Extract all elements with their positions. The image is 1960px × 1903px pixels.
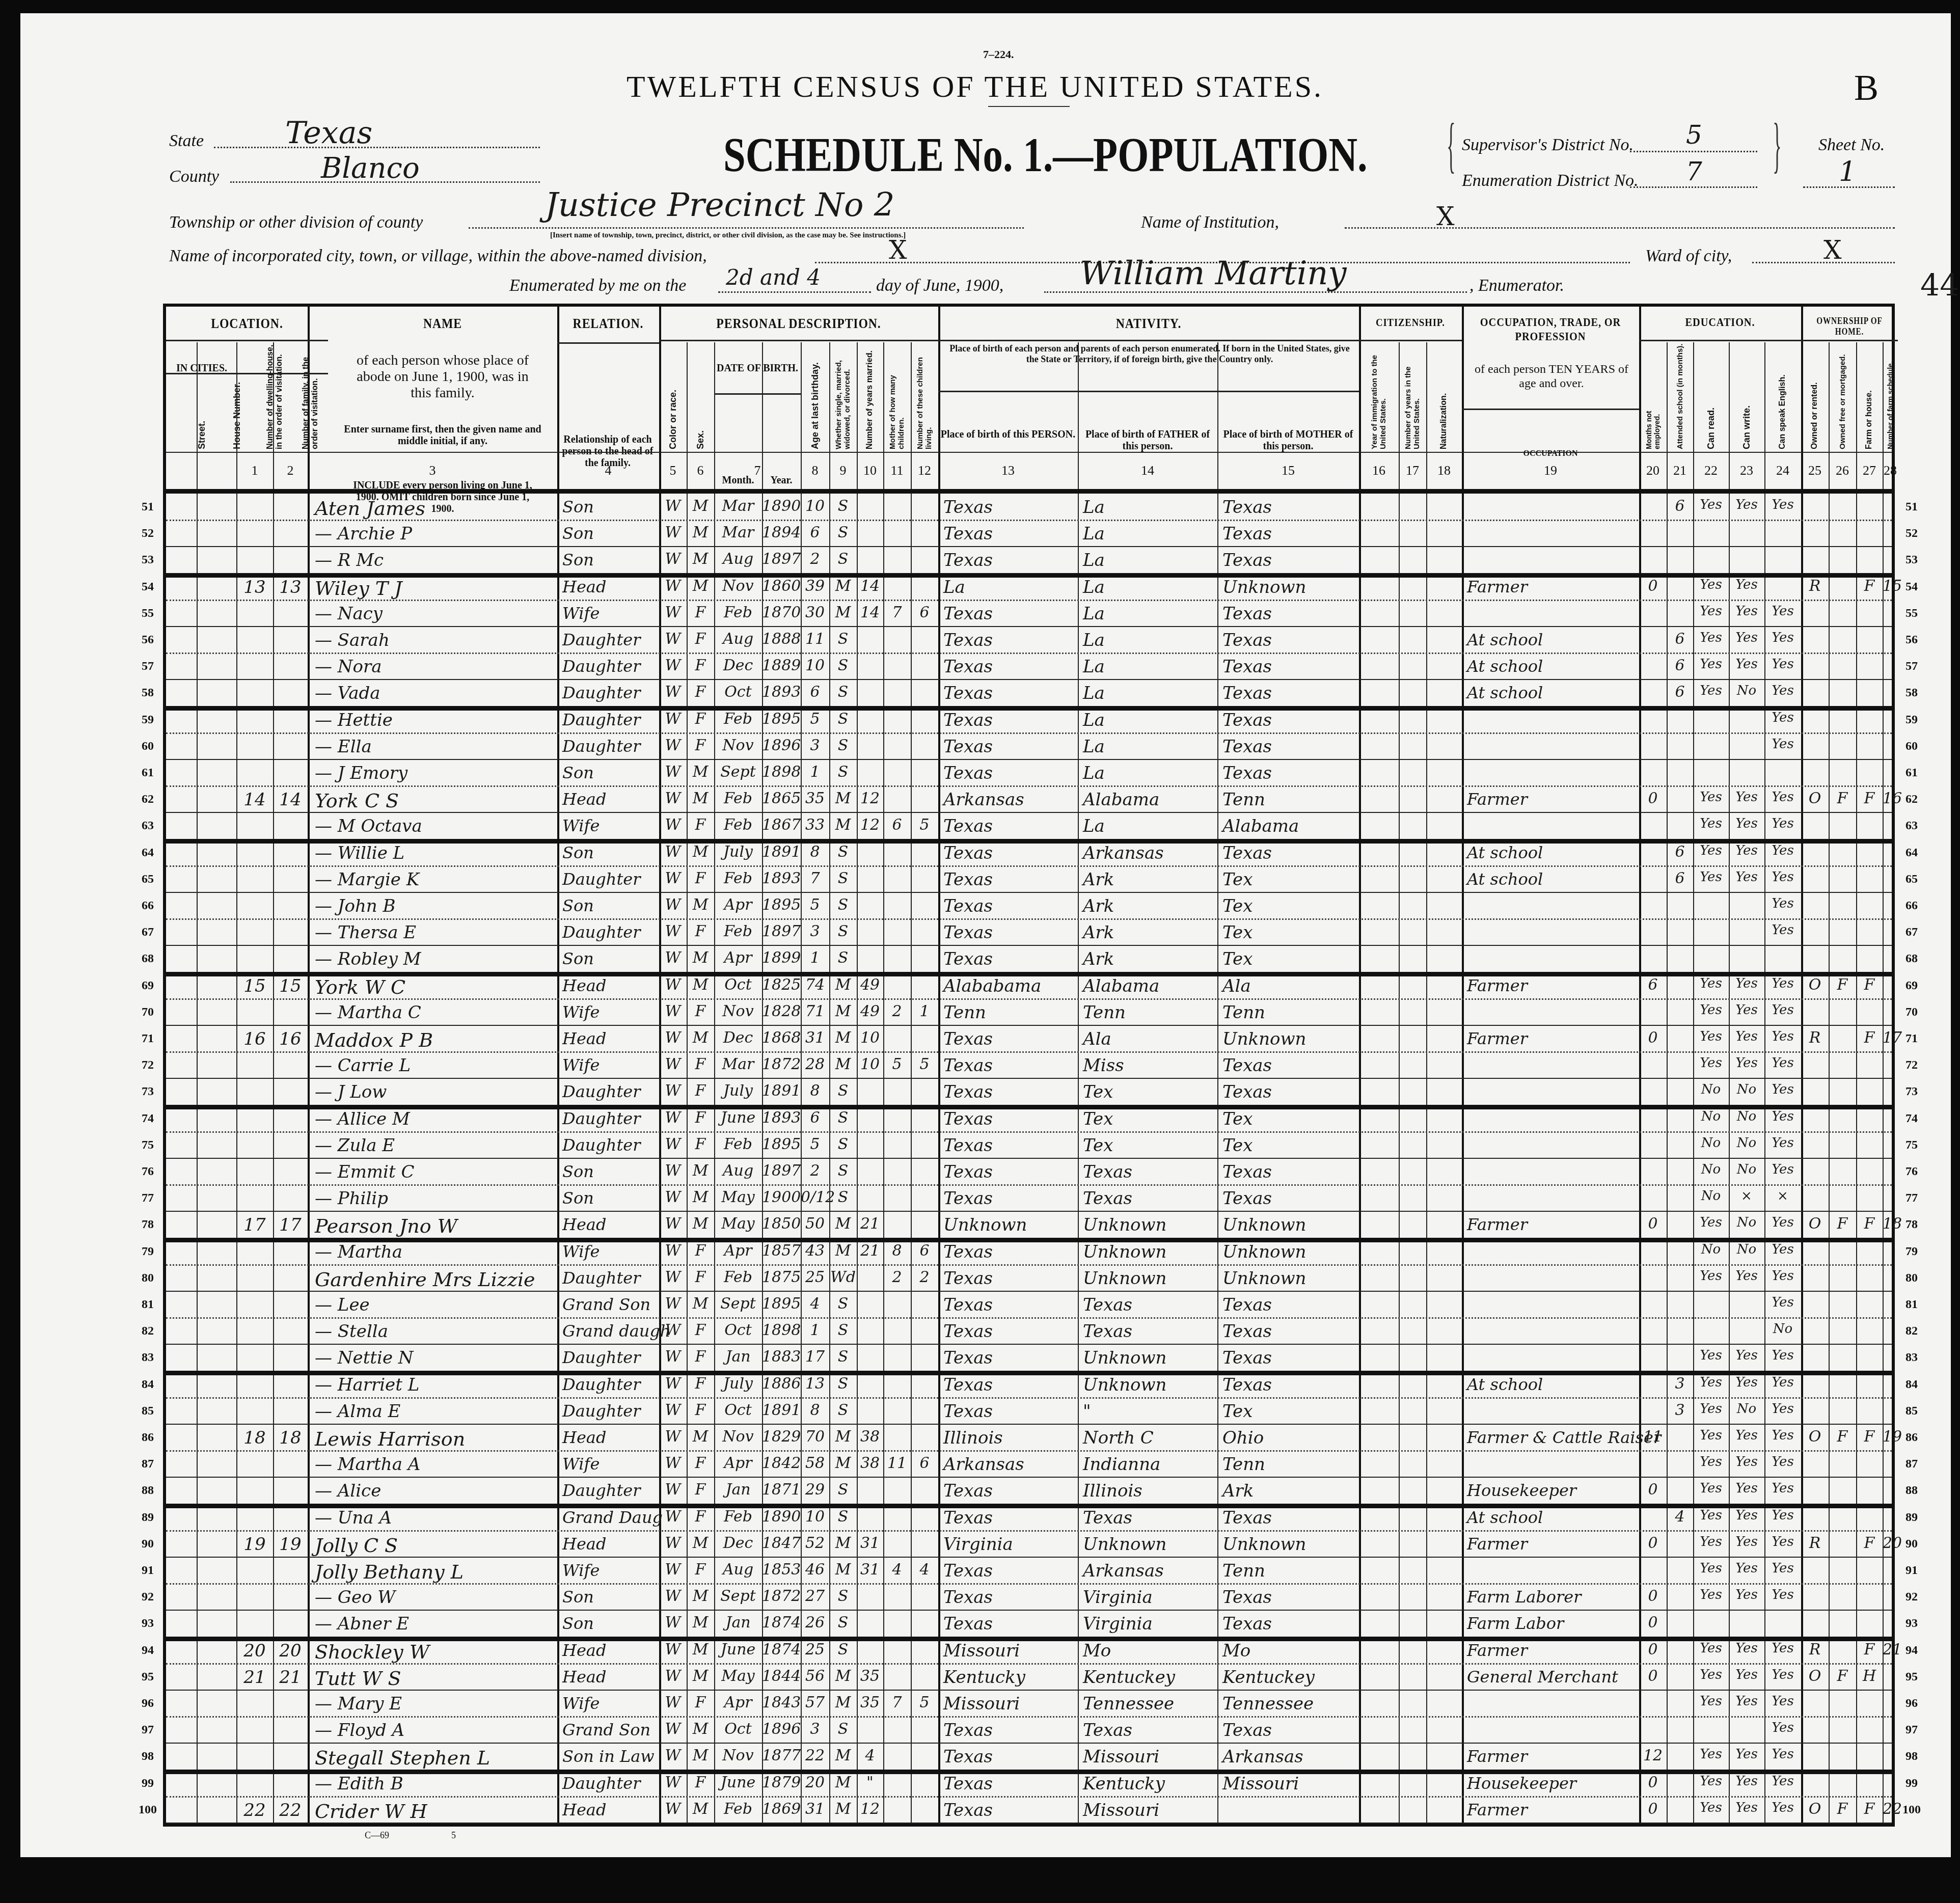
cell-yrs-married: 35 bbox=[857, 1694, 883, 1711]
line-number-left: 58 bbox=[135, 686, 160, 700]
column-number: 19 bbox=[1462, 463, 1639, 478]
cell-pob-father: Texas bbox=[1083, 1188, 1222, 1209]
cell-relation: Head bbox=[562, 976, 664, 995]
cell-month: Mar bbox=[714, 524, 762, 541]
cell-month: Feb bbox=[714, 790, 762, 807]
line-number-right: 71 bbox=[1899, 1032, 1924, 1046]
cell-read: No bbox=[1693, 1242, 1729, 1257]
table-row[interactable]: 2020Shockley WHeadWMJune187425SMissouriM… bbox=[166, 1639, 1898, 1665]
cell-write: Yes bbox=[1729, 1348, 1764, 1363]
cell-living: 1 bbox=[911, 1002, 938, 1020]
cell-read: Yes bbox=[1693, 816, 1729, 831]
cell-relation: Son bbox=[562, 1614, 664, 1633]
table-row[interactable]: 1717Pearson Jno WHeadWMMay185050M21Unkno… bbox=[166, 1213, 1898, 1239]
cell-pob-father: Unknown bbox=[1083, 1348, 1222, 1368]
table-row[interactable]: 1616Maddox P BHeadWMDec186831M10TexasAla… bbox=[166, 1027, 1898, 1053]
cell-relation: Son in Law bbox=[562, 1747, 664, 1766]
column-number: 12 bbox=[911, 463, 938, 478]
cell-name: — Una A bbox=[315, 1508, 564, 1528]
cell-read: Yes bbox=[1693, 976, 1729, 991]
enumerator-signature[interactable]: William Martiny bbox=[1080, 255, 1347, 292]
table-row[interactable]: — R McSonWMAug18972STexasLaTexas bbox=[166, 548, 1898, 575]
table-row[interactable]: — AliceDaughterWFJan187129STexasIllinois… bbox=[166, 1479, 1898, 1505]
cell-read: Yes bbox=[1693, 1667, 1729, 1682]
cell-read: Yes bbox=[1693, 683, 1729, 698]
cell-english: Yes bbox=[1764, 1428, 1801, 1443]
line-number-left: 90 bbox=[135, 1537, 160, 1551]
cell-relation: Son bbox=[562, 497, 664, 516]
cell-write: Yes bbox=[1729, 1268, 1764, 1284]
county-field[interactable]: Blanco bbox=[321, 152, 420, 185]
cell-pob-father: Tenn bbox=[1083, 1002, 1222, 1023]
line-number-left: 71 bbox=[135, 1032, 160, 1046]
cell-pob-father: La bbox=[1083, 630, 1222, 650]
cell-color: W bbox=[659, 630, 687, 648]
cell-color: W bbox=[659, 1401, 687, 1419]
ward-field[interactable]: X bbox=[1823, 235, 1842, 265]
cell-age: 28 bbox=[801, 1055, 829, 1073]
cell-pob-father: Ark bbox=[1083, 896, 1222, 916]
line-number-right: 78 bbox=[1899, 1218, 1924, 1232]
cell-yrs-married: 31 bbox=[857, 1534, 883, 1552]
cell-write: Yes bbox=[1729, 1800, 1764, 1815]
cell-pob-mother: Texas bbox=[1222, 683, 1364, 703]
cell-name: — John B bbox=[315, 896, 564, 916]
cell-name: — Allice M bbox=[315, 1109, 564, 1129]
line-number-left: 88 bbox=[135, 1484, 160, 1498]
form-number: 7–224. bbox=[983, 48, 1014, 61]
cell-color: W bbox=[659, 1800, 687, 1818]
table-row[interactable]: — HettieDaughterWFFeb18955STexasLaTexasY… bbox=[166, 708, 1898, 735]
cell-pob: Texas bbox=[943, 1135, 1083, 1156]
cell-read: Yes bbox=[1693, 869, 1729, 885]
cell-pob-father: Illinois bbox=[1083, 1481, 1222, 1501]
column-number: 10 bbox=[857, 463, 883, 478]
cell-farm: F bbox=[1856, 1534, 1883, 1552]
line-number-left: 65 bbox=[135, 873, 160, 886]
table-row[interactable]: Jolly Bethany LWifeWFAug185346M3144Texas… bbox=[166, 1559, 1898, 1585]
cell-age: 52 bbox=[801, 1534, 829, 1552]
cell-relation: Daughter bbox=[562, 1481, 664, 1500]
table-row[interactable]: — Archie PSonWMMar18946STexasLaTexas bbox=[166, 522, 1898, 548]
cell-pob: Texas bbox=[943, 550, 1083, 570]
cell-mother-of: 11 bbox=[883, 1454, 911, 1472]
table-row[interactable]: — NoraDaughterWFDec188910STexasLaTexasAt… bbox=[166, 655, 1898, 681]
cell-marital: M bbox=[829, 1747, 857, 1764]
cell-marital: M bbox=[829, 1774, 857, 1791]
cell-marital: S bbox=[829, 1508, 857, 1526]
cell-pob-father: La bbox=[1083, 683, 1222, 703]
table-row[interactable]: — M OctavaWifeWFFeb186733M1265TexasLaAla… bbox=[166, 814, 1898, 840]
cell-month: Oct bbox=[714, 976, 762, 994]
cell-english: Yes bbox=[1764, 790, 1801, 805]
cell-sex: M bbox=[687, 843, 714, 861]
cell-write: Yes bbox=[1729, 1561, 1764, 1576]
cell-sex: M bbox=[687, 1295, 714, 1313]
institution-field[interactable]: X bbox=[1436, 202, 1455, 231]
cell-name: — Alice bbox=[315, 1481, 564, 1501]
cell-pob-father: " bbox=[1083, 1401, 1222, 1422]
supervisor-field[interactable]: 5 bbox=[1686, 120, 1702, 150]
cell-mother-of: 8 bbox=[883, 1242, 911, 1260]
cell-marital: S bbox=[829, 1188, 857, 1206]
table-row[interactable]: — VadaDaughterWFOct18936STexasLaTexasAt … bbox=[166, 681, 1898, 708]
cell-age: 2 bbox=[801, 550, 829, 568]
line-number-left: 86 bbox=[135, 1431, 160, 1445]
cell-sex: F bbox=[687, 1002, 714, 1020]
pob-mother-header: Place of birth of MOTHER of this person. bbox=[1217, 429, 1359, 452]
cell-pob: Texas bbox=[943, 1029, 1083, 1049]
table-row[interactable]: — Harriet LDaughterWFJuly188613STexasUnk… bbox=[166, 1373, 1898, 1399]
cell-occupation: At school bbox=[1467, 683, 1644, 702]
cell-unemployed: 6 bbox=[1639, 976, 1667, 994]
table-row[interactable]: — Edith BDaughterWFJune187920M"TexasKent… bbox=[166, 1772, 1898, 1798]
line-number-left: 55 bbox=[135, 607, 160, 620]
cell-english: Yes bbox=[1764, 1720, 1801, 1735]
cell-write: Yes bbox=[1729, 1534, 1764, 1549]
cell-read: Yes bbox=[1693, 1508, 1729, 1523]
cell-year: 1853 bbox=[762, 1561, 801, 1579]
cell-read: Yes bbox=[1693, 657, 1729, 672]
cell-name: — Nora bbox=[315, 657, 564, 677]
cell-relation: Head bbox=[562, 1215, 664, 1234]
line-number-left: 57 bbox=[135, 660, 160, 673]
cell-pob: Tenn bbox=[943, 1002, 1083, 1023]
line-number-left: 60 bbox=[135, 740, 160, 753]
table-row[interactable]: — Mary EWifeWFApr184357M3575MissouriTenn… bbox=[166, 1692, 1898, 1718]
cell-english: Yes bbox=[1764, 1268, 1801, 1284]
cell-unemployed: 0 bbox=[1639, 790, 1667, 807]
group-occupation: OCCUPATION, TRADE, OR PROFESSION bbox=[1475, 316, 1626, 344]
institution-field-line bbox=[1345, 227, 1895, 229]
cell-read: No bbox=[1693, 1082, 1729, 1097]
cell-month: Sept bbox=[714, 1295, 762, 1313]
table-row[interactable]: — Allice MDaughterWFJune18936STexasTexTe… bbox=[166, 1107, 1898, 1133]
cell-pob: Alababama bbox=[943, 976, 1083, 996]
cell-age: 71 bbox=[801, 1002, 829, 1020]
cell-year: 1893 bbox=[762, 1109, 801, 1127]
line-number-right: 86 bbox=[1899, 1431, 1924, 1445]
table-row[interactable]: — Geo WSonWMSept187227STexasVirginiaTexa… bbox=[166, 1585, 1898, 1612]
cell-write: Yes bbox=[1729, 1454, 1764, 1470]
cell-unemployed: 0 bbox=[1639, 1215, 1667, 1233]
table-row[interactable]: 1414York C SHeadWMFeb186535M12ArkansasAl… bbox=[166, 787, 1898, 814]
cell-sex: F bbox=[687, 1401, 714, 1419]
city-field[interactable]: X bbox=[889, 235, 907, 265]
cell-pob: Texas bbox=[943, 1508, 1083, 1528]
cell-english: Yes bbox=[1764, 1481, 1801, 1496]
cell-pob: Texas bbox=[943, 1747, 1083, 1767]
cell-family: 13 bbox=[273, 577, 308, 597]
cell-sex: F bbox=[687, 1109, 714, 1127]
cell-english: Yes bbox=[1764, 604, 1801, 619]
cell-marital: S bbox=[829, 1082, 857, 1100]
line-number-left: 99 bbox=[135, 1777, 160, 1790]
group-name: NAME bbox=[345, 316, 540, 332]
cell-age: 5 bbox=[801, 710, 829, 728]
cell-owned: O bbox=[1801, 790, 1829, 807]
cell-year: 1890 bbox=[762, 497, 801, 515]
cell-year: 1898 bbox=[762, 763, 801, 781]
cell-age: 8 bbox=[801, 1082, 829, 1100]
cell-dwelling: 21 bbox=[236, 1667, 273, 1688]
cell-free: F bbox=[1829, 790, 1856, 807]
table-row[interactable]: 1313Wiley T JHeadWMNov186039M14LaLaUnkno… bbox=[166, 575, 1898, 602]
cell-year: 1898 bbox=[762, 1321, 801, 1339]
cell-month: Apr bbox=[714, 1242, 762, 1260]
table-row[interactable]: — LeeGrand SonWMSept18954STexasTexasTexa… bbox=[166, 1293, 1898, 1319]
vh-immigration-year: Year of immigration to the United States… bbox=[1359, 352, 1399, 449]
cell-school: 6 bbox=[1667, 869, 1693, 887]
table-row[interactable]: — Nettie NDaughterWFJan188317STexasUnkno… bbox=[166, 1346, 1898, 1372]
cell-age: 25 bbox=[801, 1641, 829, 1659]
cell-color: W bbox=[659, 1135, 687, 1153]
cell-month: Oct bbox=[714, 1720, 762, 1738]
cell-marital: M bbox=[829, 604, 857, 621]
table-row[interactable]: 1515York W CHeadWMOct182574M49AlababamaA… bbox=[166, 974, 1898, 1000]
cell-age: 5 bbox=[801, 1135, 829, 1153]
cell-marital: S bbox=[829, 1375, 857, 1393]
cell-color: W bbox=[659, 1215, 687, 1233]
cell-year: 1877 bbox=[762, 1747, 801, 1764]
line-number-right: 64 bbox=[1899, 846, 1924, 860]
print-code: C—69 bbox=[365, 1830, 389, 1841]
cell-marital: S bbox=[829, 1401, 857, 1419]
cell-color: W bbox=[659, 843, 687, 861]
cell-age: 6 bbox=[801, 524, 829, 541]
vh-owned-rented: Owned or rented. bbox=[1801, 342, 1829, 449]
cell-sex: F bbox=[687, 1375, 714, 1393]
cell-pob-father: La bbox=[1083, 577, 1222, 597]
cell-name: — Willie L bbox=[315, 843, 564, 863]
cell-living: 6 bbox=[911, 604, 938, 621]
cell-pob: Texas bbox=[943, 1614, 1083, 1634]
cell-name: Aten James bbox=[315, 497, 564, 520]
cell-living: 5 bbox=[911, 1055, 938, 1073]
cell-marital: M bbox=[829, 1002, 857, 1020]
table-row[interactable]: — Abner ESonWMJan187426STexasVirginiaTex… bbox=[166, 1612, 1898, 1638]
cell-sex: M bbox=[687, 497, 714, 515]
cell-name: Gardenhire Mrs Lizzie bbox=[315, 1268, 564, 1291]
table-row[interactable]: — Martha CWifeWFNov182871M4921TennTennTe… bbox=[166, 1000, 1898, 1027]
cell-pob-father: La bbox=[1083, 524, 1222, 544]
cell-pob-mother: Ohio bbox=[1222, 1428, 1364, 1448]
line-number-right: 95 bbox=[1899, 1670, 1924, 1684]
cell-marital: M bbox=[829, 1215, 857, 1233]
line-number-right: 77 bbox=[1899, 1191, 1924, 1205]
cell-mother-of: 2 bbox=[883, 1002, 911, 1020]
cell-month: Aug bbox=[714, 1561, 762, 1579]
state-field[interactable]: Texas bbox=[285, 115, 372, 151]
table-row[interactable]: Aten JamesSonWMMar189010STexasLaTexas6Ye… bbox=[166, 495, 1898, 522]
cell-month: Nov bbox=[714, 737, 762, 754]
column-number: 4 bbox=[557, 463, 659, 478]
print-code-2: 5 bbox=[451, 1830, 456, 1841]
cell-pob: Texas bbox=[943, 1162, 1083, 1182]
cell-living: 2 bbox=[911, 1268, 938, 1286]
column-number: 21 bbox=[1667, 463, 1693, 478]
table-row[interactable]: — MarthaWifeWFApr185743M2186TexasUnknown… bbox=[166, 1240, 1898, 1266]
cell-mother-of: 7 bbox=[883, 1694, 911, 1711]
table-row[interactable]: — Thersa EDaughterWFFeb18973STexasArkTex… bbox=[166, 920, 1898, 947]
cell-english: Yes bbox=[1764, 1454, 1801, 1470]
table-row[interactable]: — John BSonWMApr18955STexasArkTexYes bbox=[166, 894, 1898, 920]
table-row[interactable]: — Robley MSonWMApr18991STexasArkTex bbox=[166, 947, 1898, 973]
cell-owned: R bbox=[1801, 1641, 1829, 1659]
line-number-right: 56 bbox=[1899, 633, 1924, 647]
header-rule bbox=[166, 489, 1892, 494]
column-number: 5 bbox=[659, 463, 687, 478]
cell-unemployed: 0 bbox=[1639, 1800, 1667, 1818]
table-row[interactable]: — StellaGrand daughWFOct18981STexasTexas… bbox=[166, 1319, 1898, 1346]
enumerated-days[interactable]: 2d and 4 bbox=[726, 265, 821, 290]
cell-write: No bbox=[1729, 1082, 1764, 1097]
table-row[interactable]: — SarahDaughterWFAug188811STexasLaTexasA… bbox=[166, 628, 1898, 655]
table-row[interactable]: — Alma EDaughterWFOct18918STexas"Tex3Yes… bbox=[166, 1399, 1898, 1426]
table-row[interactable]: — Una AGrand DaugWFFeb189010STexasTexasT… bbox=[166, 1506, 1898, 1532]
cell-english: Yes bbox=[1764, 1348, 1801, 1363]
cell-age: 35 bbox=[801, 790, 829, 807]
cell-year: 1865 bbox=[762, 790, 801, 807]
cell-name: — Harriet L bbox=[315, 1375, 564, 1395]
cell-color: W bbox=[659, 683, 687, 701]
column-number: 3 bbox=[308, 463, 557, 478]
header-rule bbox=[714, 393, 801, 395]
name-instruction-1: Enter surname first, then the given name… bbox=[343, 424, 542, 447]
cell-pob: Texas bbox=[943, 1561, 1083, 1581]
line-number-right: 74 bbox=[1899, 1112, 1924, 1126]
cell-name: Wiley T J bbox=[315, 577, 564, 600]
cell-pob-father: Tex bbox=[1083, 1109, 1222, 1129]
table-row[interactable]: — Emmit CSonWMAug18972STexasTexasTexasNo… bbox=[166, 1160, 1898, 1186]
table-row[interactable]: — Martha AWifeWFApr184258M38116ArkansasI… bbox=[166, 1452, 1898, 1479]
cell-pob-mother: Texas bbox=[1222, 1375, 1364, 1395]
cell-family: 16 bbox=[273, 1029, 308, 1049]
cell-yrs-married: 31 bbox=[857, 1561, 883, 1579]
cell-year: 1871 bbox=[762, 1481, 801, 1499]
cell-pob-mother: Texas bbox=[1222, 1055, 1364, 1076]
cell-marital: S bbox=[829, 1109, 857, 1127]
cell-pob-mother: Texas bbox=[1222, 1295, 1364, 1315]
cell-pob-mother: Ark bbox=[1222, 1481, 1364, 1501]
line-number-right: 80 bbox=[1899, 1271, 1924, 1285]
cell-pob-mother: Unknown bbox=[1222, 577, 1364, 597]
cell-sex: M bbox=[687, 524, 714, 541]
cell-unemployed: 0 bbox=[1639, 1641, 1667, 1659]
line-number-right: 100 bbox=[1899, 1803, 1924, 1817]
cell-sex: M bbox=[687, 1188, 714, 1206]
cell-year: 1893 bbox=[762, 683, 801, 701]
cell-write: Yes bbox=[1729, 1641, 1764, 1656]
table-row[interactable]: 1919Jolly C SHeadWMDec184752M31VirginiaU… bbox=[166, 1532, 1898, 1559]
cell-relation: Son bbox=[562, 550, 664, 569]
cell-read: Yes bbox=[1693, 1029, 1729, 1044]
line-number-right: 79 bbox=[1899, 1245, 1924, 1259]
cell-farm: H bbox=[1856, 1667, 1883, 1685]
table-row[interactable]: — J EmorySonWMSept18981STexasLaTexas bbox=[166, 761, 1898, 787]
line-number-right: 53 bbox=[1899, 553, 1924, 567]
line-number-right: 90 bbox=[1899, 1537, 1924, 1551]
line-number-right: 92 bbox=[1899, 1590, 1924, 1604]
cell-year: 1900 bbox=[762, 1188, 801, 1206]
cell-write: × bbox=[1729, 1188, 1764, 1204]
table-row[interactable]: — EllaDaughterWFNov18963STexasLaTexasYes bbox=[166, 735, 1898, 761]
cell-marital: S bbox=[829, 1162, 857, 1180]
cell-month: Aug bbox=[714, 1162, 762, 1180]
vh-marital: Whether single, married, widowed, or div… bbox=[829, 342, 857, 449]
table-row[interactable]: 2222Crider W HHeadWMFeb186931M12TexasMis… bbox=[166, 1798, 1898, 1825]
cell-occupation: Farmer bbox=[1467, 1800, 1644, 1819]
enumeration-field[interactable]: 7 bbox=[1686, 157, 1702, 186]
cell-farm: F bbox=[1856, 1428, 1883, 1446]
cell-write: Yes bbox=[1729, 869, 1764, 885]
table-row[interactable]: 2121Tutt W SHeadWMMay184456M35KentuckyKe… bbox=[166, 1665, 1898, 1692]
cell-owned: O bbox=[1801, 1800, 1829, 1818]
table-row[interactable]: — Margie KDaughterWFFeb18937STexasArkTex… bbox=[166, 867, 1898, 894]
table-row[interactable]: — Zula EDaughterWFFeb18955STexasTexTexNo… bbox=[166, 1133, 1898, 1160]
table-row[interactable]: — Floyd AGrand SonWMOct18963STexasTexasT… bbox=[166, 1718, 1898, 1745]
table-row[interactable]: 1818Lewis HarrisonHeadWMNov182970M38Illi… bbox=[166, 1426, 1898, 1452]
cell-month: July bbox=[714, 1375, 762, 1393]
cell-color: W bbox=[659, 604, 687, 621]
line-number-left: 74 bbox=[135, 1112, 160, 1126]
cell-name: — Abner E bbox=[315, 1614, 564, 1634]
cell-pob: Texas bbox=[943, 1188, 1083, 1209]
cell-pob-father: Ark bbox=[1083, 949, 1222, 969]
vh-mother-of: Mother of how many children. bbox=[883, 342, 911, 449]
table-row[interactable]: — NacyWifeWFFeb187030M1476TexasLaTexasYe… bbox=[166, 602, 1898, 628]
cell-year: 1897 bbox=[762, 550, 801, 568]
line-number-left: 96 bbox=[135, 1697, 160, 1710]
table-row[interactable]: — Carrie LWifeWFMar187228M1055TexasMissT… bbox=[166, 1053, 1898, 1080]
cell-pob-mother: Texas bbox=[1222, 524, 1364, 544]
cell-month: Dec bbox=[714, 1534, 762, 1552]
column-number: 24 bbox=[1764, 463, 1801, 478]
cell-marital: Wd bbox=[829, 1268, 857, 1286]
cell-yrs-married: 38 bbox=[857, 1454, 883, 1472]
cell-write: No bbox=[1729, 1215, 1764, 1230]
table-row[interactable]: Gardenhire Mrs LizzieDaughterWFFeb187525… bbox=[166, 1266, 1898, 1293]
table-row[interactable]: — Willie LSonWMJuly18918STexasArkansasTe… bbox=[166, 841, 1898, 867]
cell-age: 5 bbox=[801, 896, 829, 914]
cell-age: 6 bbox=[801, 1109, 829, 1127]
line-number-right: 85 bbox=[1899, 1404, 1924, 1418]
line-number-right: 51 bbox=[1899, 500, 1924, 514]
cell-name: Crider W H bbox=[315, 1800, 564, 1823]
cell-pob-mother: Unknown bbox=[1222, 1268, 1364, 1289]
line-number-right: 60 bbox=[1899, 740, 1924, 753]
table-row[interactable]: — J LowDaughterWFJuly18918STexasTexTexas… bbox=[166, 1080, 1898, 1106]
cell-pob-father: Missouri bbox=[1083, 1800, 1222, 1820]
cell-age: 7 bbox=[801, 869, 829, 887]
cell-month: Nov bbox=[714, 577, 762, 595]
table-row[interactable]: — PhilipSonWMMay19000/12STexasTexasTexas… bbox=[166, 1186, 1898, 1213]
cell-color: W bbox=[659, 1614, 687, 1632]
cell-marital: M bbox=[829, 1534, 857, 1552]
sheet-field[interactable]: 1 bbox=[1839, 156, 1856, 188]
cell-color: W bbox=[659, 1242, 687, 1260]
line-number-left: 85 bbox=[135, 1404, 160, 1418]
cell-color: W bbox=[659, 1375, 687, 1393]
cell-free: F bbox=[1829, 976, 1856, 994]
table-row[interactable]: Stegall Stephen LSon in LawWMNov187722M4… bbox=[166, 1745, 1898, 1771]
cell-year: 1891 bbox=[762, 1082, 801, 1100]
cell-relation: Head bbox=[562, 1667, 664, 1687]
cell-name: — Geo W bbox=[315, 1587, 564, 1608]
township-field[interactable]: Justice Precinct No 2 bbox=[545, 186, 895, 224]
cell-english: Yes bbox=[1764, 1215, 1801, 1230]
cell-year: 1897 bbox=[762, 1162, 801, 1180]
